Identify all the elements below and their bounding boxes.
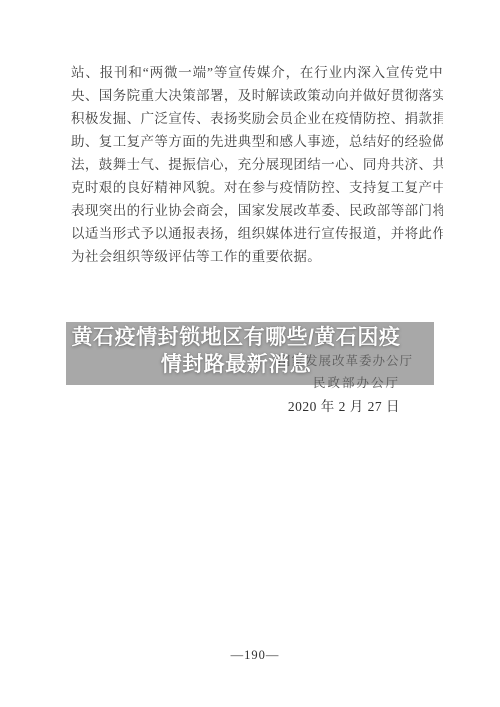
paragraph-line: 法，鼓舞士气、提振信心，充分展现团结一心、同舟共济、共 bbox=[71, 153, 443, 176]
body-paragraph: 站、报刊和“两微一端”等宣传媒介，在行业内深入宣传党中 央、国务院重大决策部署，… bbox=[71, 61, 443, 268]
paragraph-line: 站、报刊和“两微一端”等宣传媒介，在行业内深入宣传党中 bbox=[71, 61, 443, 84]
paragraph-line: 助、复工复产等方面的先进典型和感人事迹，总结好的经验做 bbox=[71, 130, 443, 153]
paragraph-line: 表现突出的行业协会商会，国家发展改革委、民政部等部门将 bbox=[71, 199, 443, 222]
page-number: —190— bbox=[0, 648, 500, 663]
overlay-headline-line-2: 情封路最新消息 bbox=[66, 351, 406, 378]
paragraph-line: 为社会组织等级评估等工作的重要依据。 bbox=[71, 245, 443, 268]
overlay-headline-line-1: 黄石疫情封锁地区有哪些/黄石因疫 bbox=[66, 324, 406, 351]
paragraph-line: 央、国务院重大决策部署，及时解读政策动向并做好贯彻落实。 bbox=[71, 84, 443, 107]
paragraph-line: 以适当形式予以通报表扬，组织媒体进行宣传报道，并将此作 bbox=[71, 222, 443, 245]
paragraph-line: 克时艰的良好精神风貌。对在参与疫情防控、支持复工复产中 bbox=[71, 176, 443, 199]
issue-date: 2020 年 2 月 27 日 bbox=[288, 395, 400, 415]
overlay-headline: 黄石疫情封锁地区有哪些/黄石因疫 情封路最新消息 bbox=[66, 324, 406, 378]
paragraph-line: 积极发掘、广泛宣传、表扬奖励会员企业在疫情防控、捐款捐 bbox=[71, 107, 443, 130]
scanned-document-page: 站、报刊和“两微一端”等宣传媒介，在行业内深入宣传党中 央、国务院重大决策部署，… bbox=[0, 0, 500, 707]
